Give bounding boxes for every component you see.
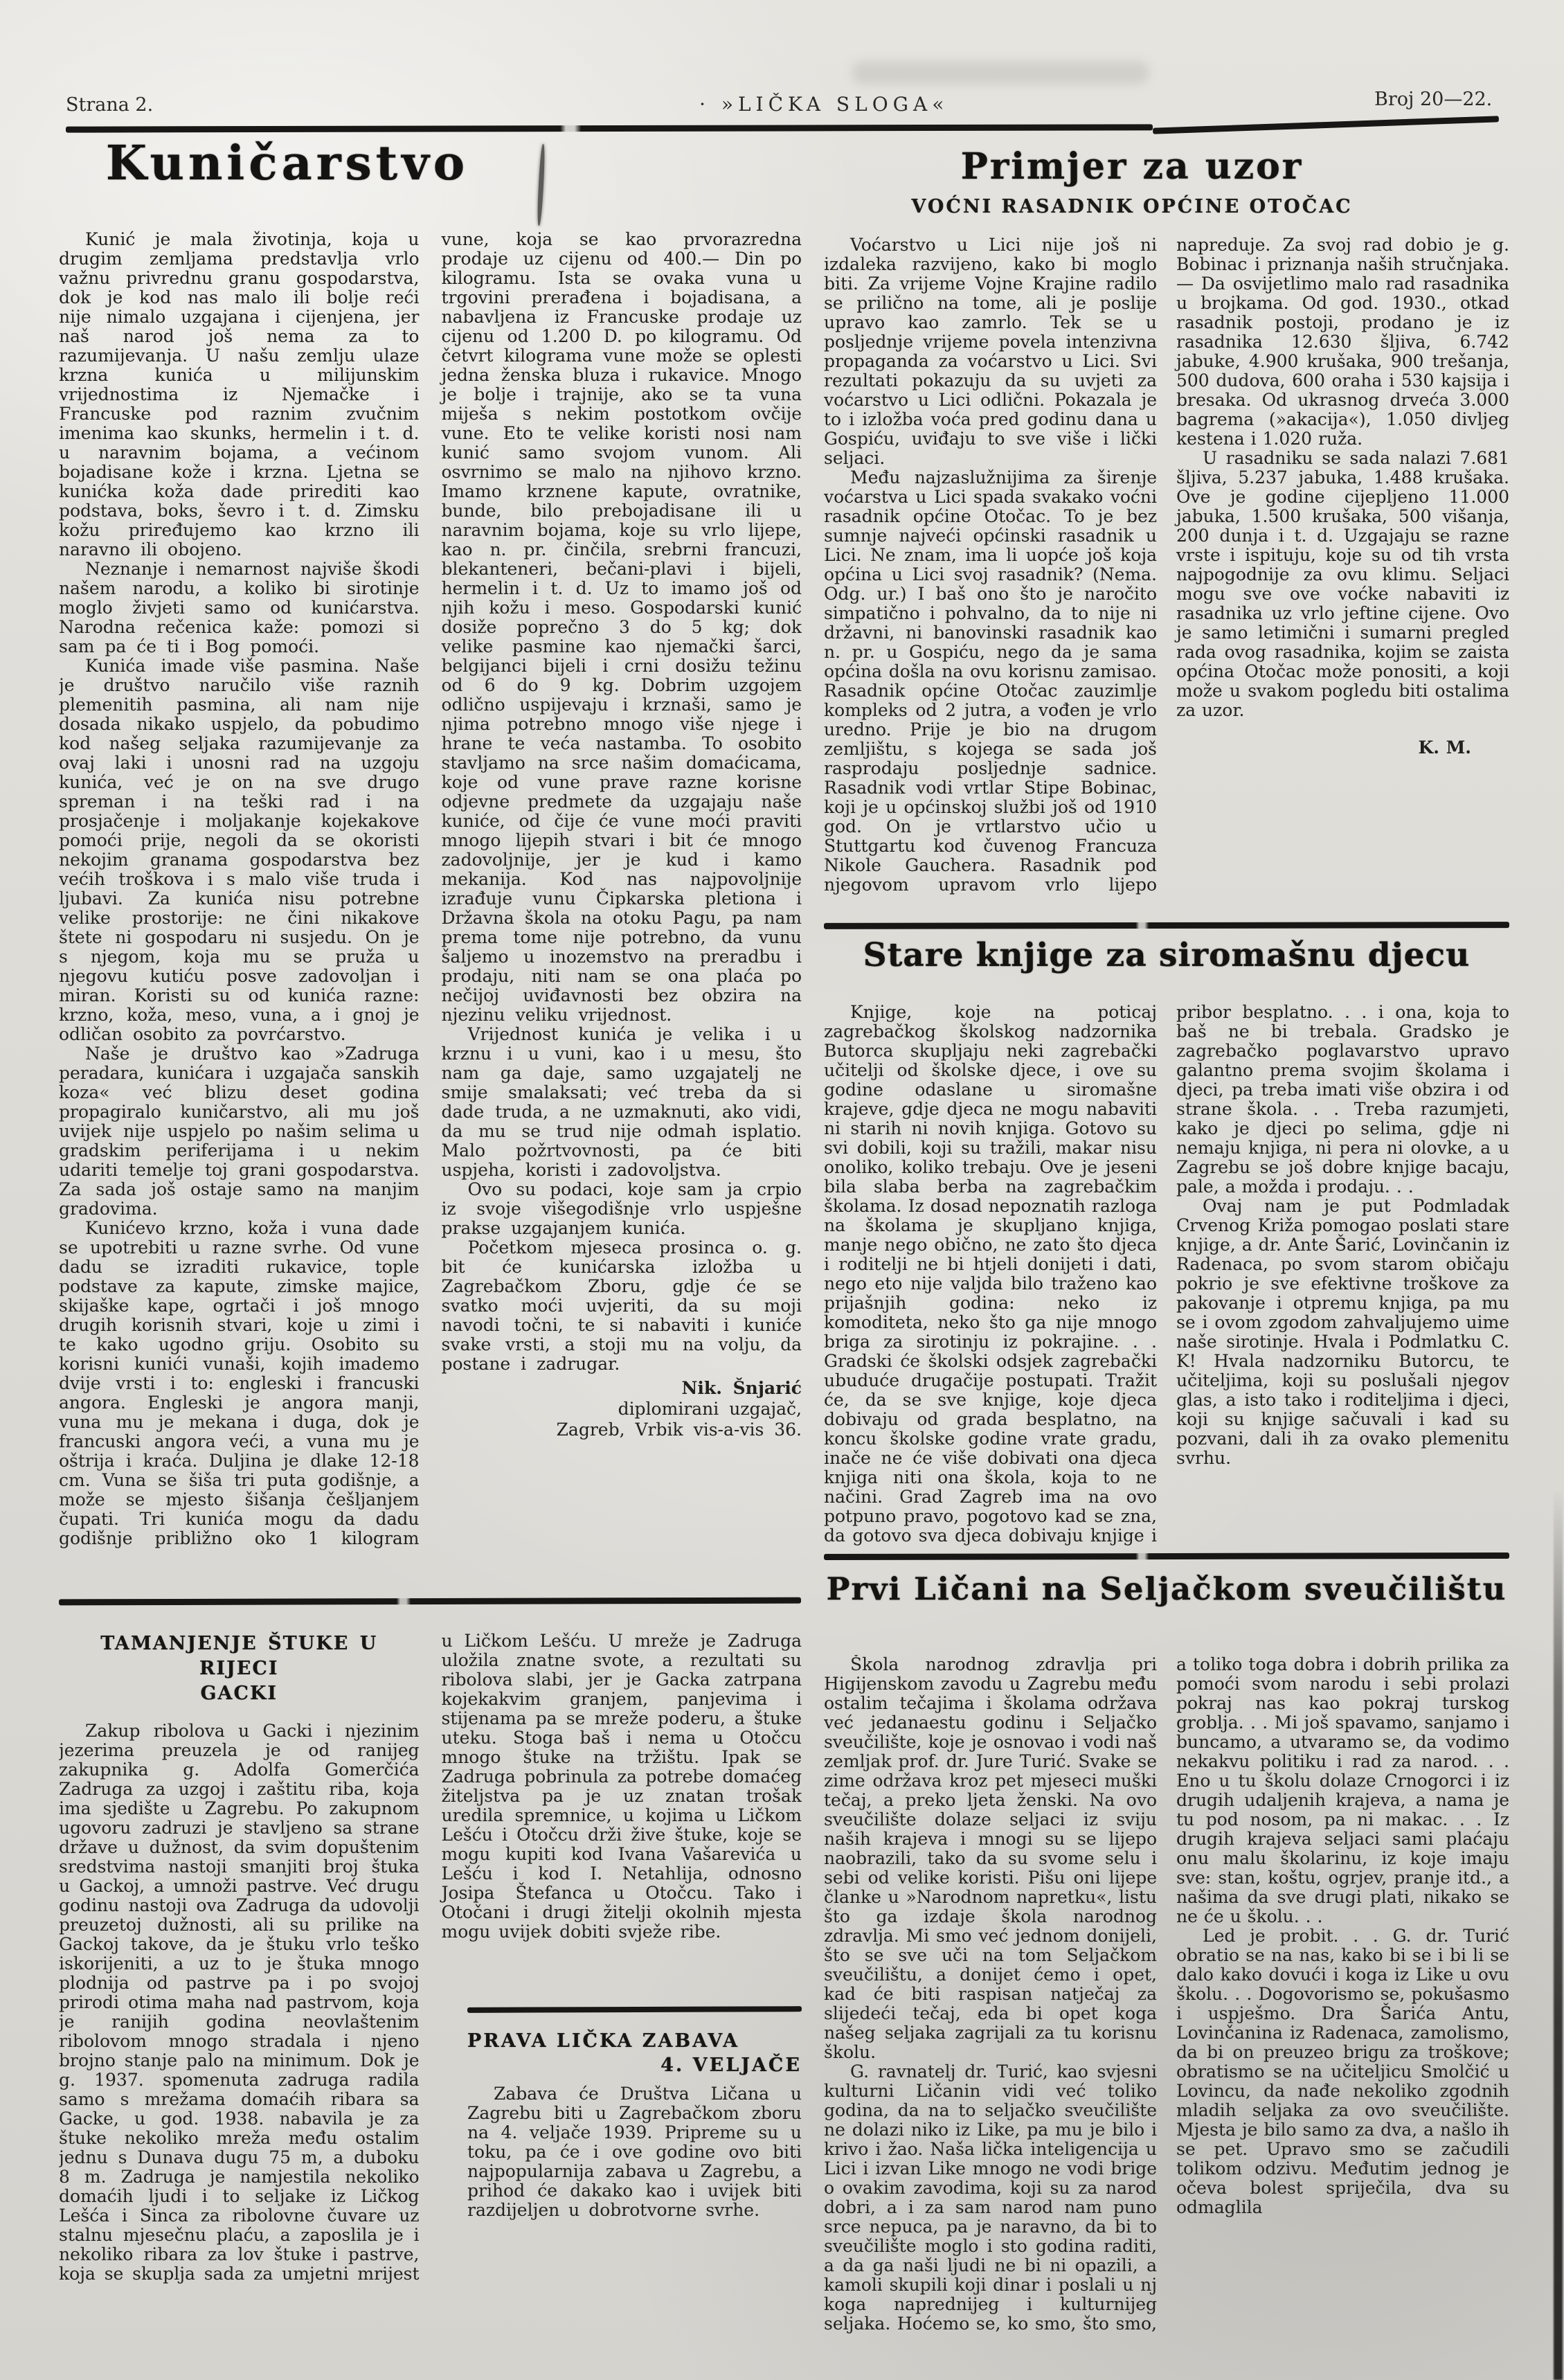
section-rule-left <box>59 1598 801 1606</box>
article-primjer-body: Voćarstvo u Lici nije još ni izdaleka ra… <box>824 235 1509 911</box>
signature-address: Zagreb, Vrbik vis-a-vis 36. <box>442 1420 802 1440</box>
print-bleed-artifact <box>852 61 1149 84</box>
headline-prava-line1: PRAVA LIČKA ZABAVA <box>467 2030 802 2052</box>
paragraph: Kunić je mala životinja, koja u drugim z… <box>59 230 420 560</box>
page-number: Strana 2. <box>66 94 153 116</box>
paragraph: Voćarstvo u Lici nije još ni izdaleka ra… <box>824 235 1157 468</box>
headline-tamanjenje-line2: GACKI <box>59 1681 420 1706</box>
paragraph: Zabava će Društva Ličana u Zagrebu biti … <box>467 2084 802 2220</box>
masthead: »LIČKA SLOGA« <box>699 93 949 116</box>
headline-kunicarstvo: Kuničarstvo <box>59 136 516 191</box>
paragraph: Ovaj nam je put Podmladak Crvenog Križa … <box>1176 1197 1509 1468</box>
paragraph: Naše je društvo kao »Zadruga peradara, k… <box>59 1044 420 1219</box>
paragraph: Početkom mjeseca prosinca o. g. bit će k… <box>442 1238 802 1374</box>
headline-stare-knjige: Stare knjige za siromašnu djecu <box>824 936 1509 974</box>
signature-role: diplomirani uzgajač, <box>442 1399 802 1420</box>
article-prvi-licani-body: Škola narodnog zdravlja pri Higijenskom … <box>824 1655 1509 2337</box>
paragraph: Neznanje i nemarnost najviše škodi našem… <box>59 560 420 656</box>
headline-prava-line2: 4. VELJAČE <box>467 2055 802 2076</box>
paragraph: Ovo su podaci, koje sam ja crpio iz svoj… <box>442 1180 802 1238</box>
headline-primjer: Primjer za uzor <box>824 145 1440 188</box>
scan-edge-shadow <box>1554 1489 1563 2380</box>
section-rule-prava <box>467 2006 802 2013</box>
headline-tamanjenje-line1: TAMANJENJE ŠTUKE U RIJECI <box>59 1631 420 1681</box>
subhead-vocni-rasadnik: VOĆNI RASADNIK OPĆINE OTOČAC <box>824 196 1440 217</box>
article-prava-zabava: PRAVA LIČKA ZABAVA 4. VELJAČE Zabava će … <box>467 2007 802 2220</box>
paragraph: Vrijednost kunića je velika i u krznu i … <box>442 1025 802 1180</box>
paragraph: Kunića imade više pasmina. Naše je društ… <box>59 656 420 1044</box>
article-kunicarstvo-body: Kunić je mala životinja, koja u drugim z… <box>59 230 802 1566</box>
paragraph: Škola narodnog zdravlja pri Higijenskom … <box>824 1655 1157 2062</box>
header-rule <box>66 124 1153 132</box>
paragraph: Led je probit. . . G. dr. Turić obratio … <box>1176 1926 1509 2217</box>
section-rule-right-2 <box>824 1553 1509 1560</box>
newspaper-page-scan: { "page": { "page_label": "Strana 2.", "… <box>0 0 1564 2380</box>
issue-number: Broj 20—22. <box>1374 89 1492 110</box>
header-rule-right <box>1153 116 1499 134</box>
signature-name: Nik. Šnjarić <box>442 1378 802 1399</box>
signature-initials: K. M. <box>1176 738 1509 758</box>
article-signature: Nik. Šnjarić diplomirani uzgajač, Zagreb… <box>442 1378 802 1440</box>
paragraph: U rasadniku se sada nalazi 7.681 šljiva,… <box>1176 449 1509 720</box>
headline-prvi-licani: Prvi Ličani na Seljačkom sveučilištu <box>824 1571 1509 1607</box>
article-stare-knjige-body: Knjige, koje na poticaj zagrebačkog škol… <box>824 1003 1509 1553</box>
ink-smudge <box>537 144 546 226</box>
section-rule-right-1 <box>824 922 1509 929</box>
